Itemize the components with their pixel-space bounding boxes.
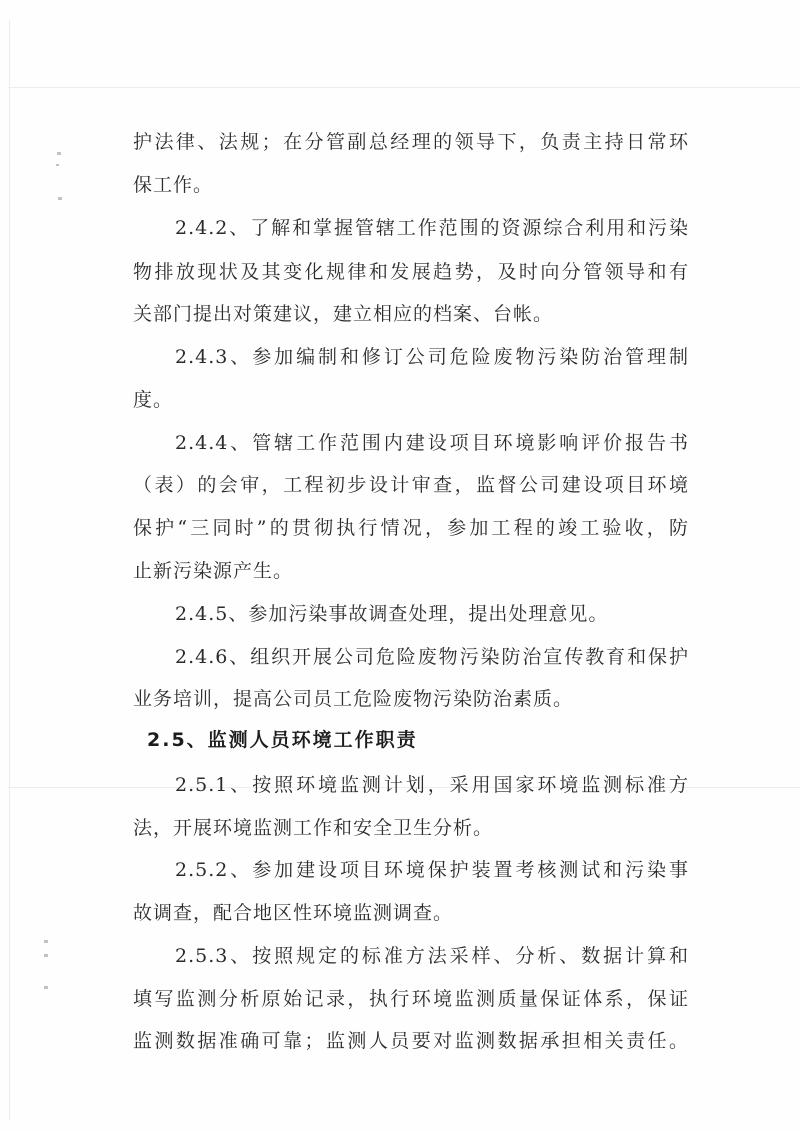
- text-line: 止新污染源产生。: [133, 556, 689, 586]
- text-line: 护法律、法规；在分管副总经理的领导下，负责主持日常环: [133, 127, 689, 157]
- scan-artifact-line-top: [8, 87, 800, 88]
- text-line: 2.5.3、按照规定的标准方法采样、分析、数据计算和: [175, 941, 689, 971]
- text-line: 物排放现状及其变化规律和发展趋势，及时向分管领导和有: [133, 257, 689, 287]
- text-line: （表）的会审，工程初步设计审查，监督公司建设项目环境: [133, 470, 689, 500]
- text-line: 2.4.2、了解和掌握管辖工作范围的资源综合利用和污染: [175, 213, 689, 243]
- text-line: 2.5.2、参加建设项目环境保护装置考核测试和污染事: [175, 855, 689, 885]
- binding-hole-mark: [56, 164, 59, 166]
- text-line: 关部门提出对策建议，建立相应的档案、台帐。: [133, 299, 689, 329]
- text-line: 法，开展环境监测工作和安全卫生分析。: [133, 813, 689, 843]
- scanned-document-page: 护法律、法规；在分管副总经理的领导下，负责主持日常环保工作。2.4.2、了解和掌…: [0, 0, 800, 1131]
- text-line: 故调查，配合地区性环境监测调查。: [133, 898, 689, 928]
- text-line: 2.4.6、组织开展公司危险废物污染防治宣传教育和保护: [175, 642, 689, 672]
- text-line: 2.4.5、参加污染事故调查处理，提出处理意见。: [175, 599, 689, 629]
- text-line: 填写监测分析原始记录，执行环境监测质量保证体系，保证: [133, 984, 689, 1014]
- text-line: 保工作。: [133, 170, 689, 200]
- binding-hole-mark: [57, 152, 61, 155]
- binding-hole-mark: [58, 197, 62, 200]
- text-line: 2.4.3、参加编制和修订公司危险废物污染防治管理制: [175, 342, 689, 372]
- text-line: 保护“三同时”的贯彻执行情况，参加工程的竣工验收，防: [133, 513, 689, 543]
- binding-hole-mark: [44, 940, 48, 943]
- scan-edge-line: [9, 20, 10, 1120]
- binding-hole-mark: [44, 954, 48, 957]
- text-line: 2.4.4、管辖工作范围内建设项目环境影响评价报告书: [175, 428, 689, 458]
- text-line: 监测数据准确可靠；监测人员要对监测数据承担相关责任。: [133, 1026, 689, 1056]
- text-line: 2.5.1、按照环境监测计划，采用国家环境监测标准方: [175, 770, 689, 800]
- section-heading: 2.5、监测人员环境工作职责: [147, 724, 418, 756]
- binding-hole-mark: [44, 986, 48, 989]
- text-line: 度。: [133, 385, 689, 415]
- text-line: 业务培训，提高公司员工危险废物污染防治素质。: [133, 684, 689, 714]
